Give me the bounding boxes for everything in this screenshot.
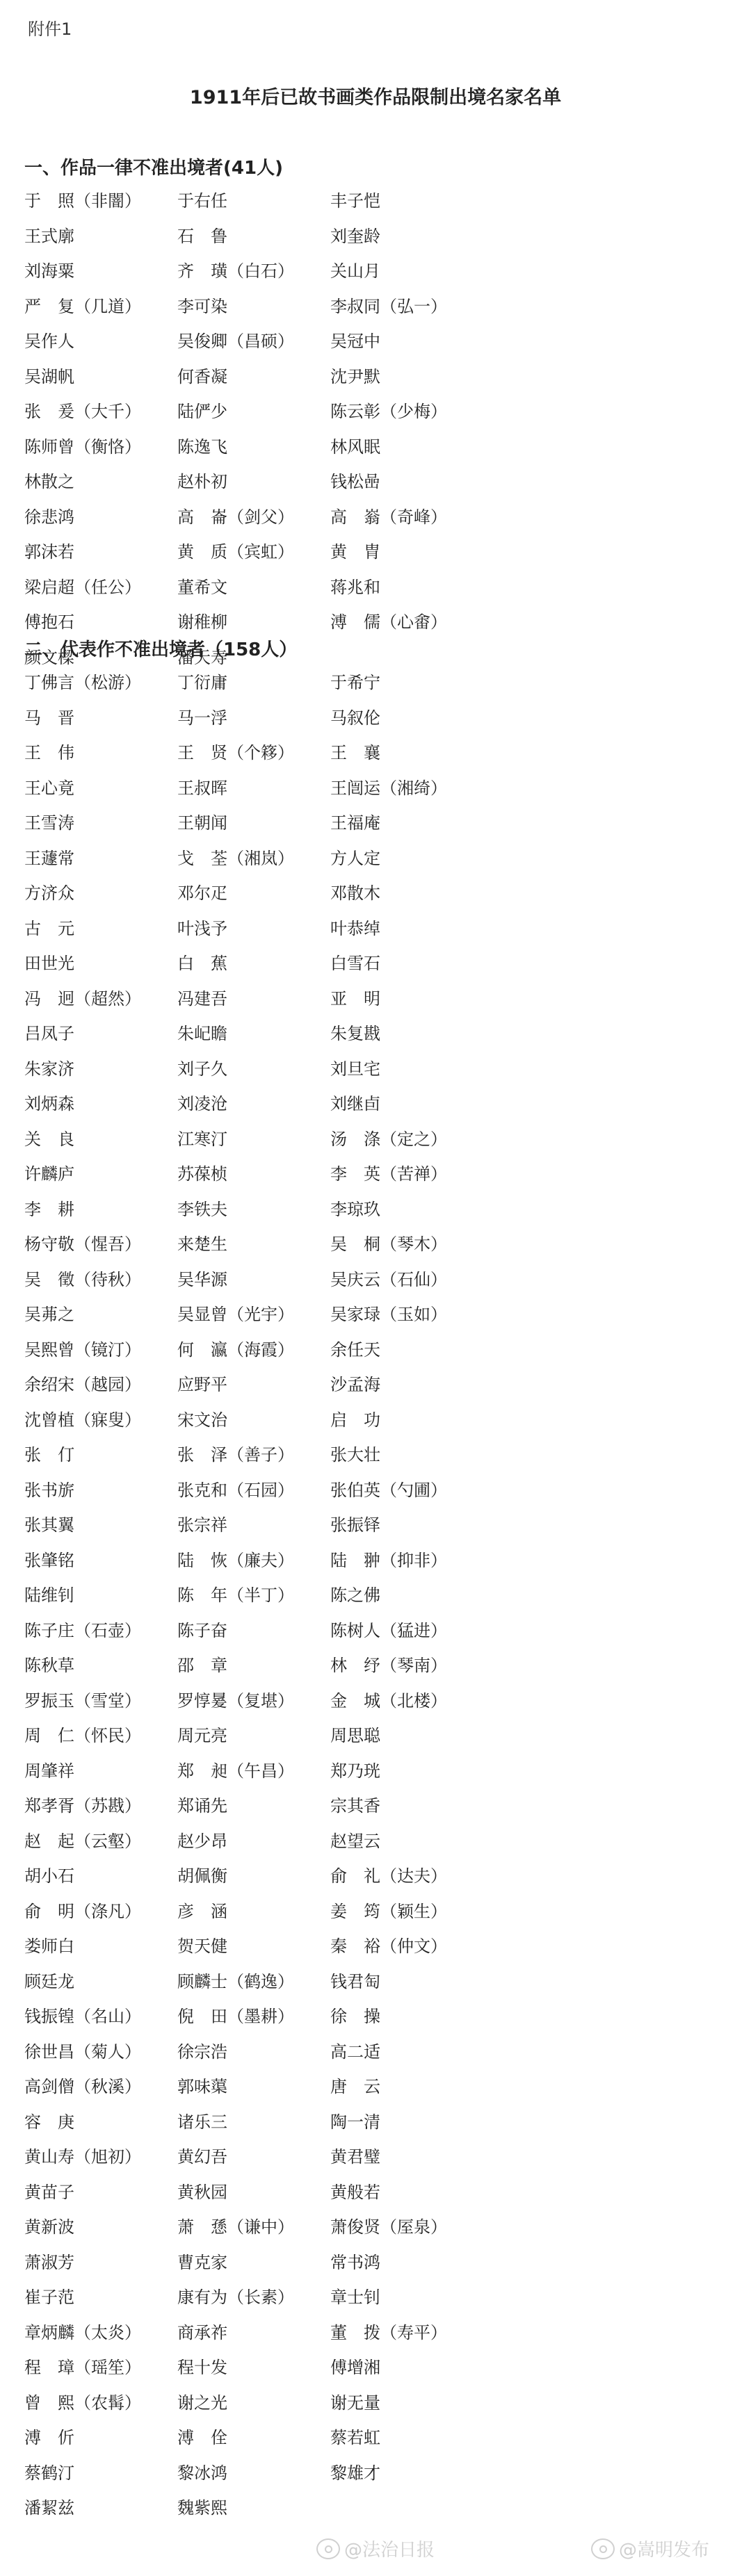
name-entry: 苏葆桢 — [177, 1157, 330, 1192]
name-entry: 马叙伦 — [330, 701, 539, 736]
name-entry: 胡小石 — [24, 1859, 177, 1894]
name-entry: 顾麟士（鹤逸） — [177, 1964, 330, 2000]
name-entry: 黄新波 — [24, 2210, 177, 2245]
name-entry: 娄师白 — [24, 1929, 177, 1964]
name-entry: 陆 翀（抑非） — [330, 1543, 539, 1579]
name-entry: 章炳麟（太炎） — [24, 2315, 177, 2351]
name-entry: 赵望云 — [330, 1824, 539, 1859]
name-entry: 关 良 — [24, 1122, 177, 1157]
name-entry: 王蘧常 — [24, 841, 177, 877]
name-entry: 常书鸿 — [330, 2245, 539, 2281]
name-entry: 吴冠中 — [330, 324, 539, 359]
name-entry: 秦 裕（仲文） — [330, 1929, 539, 1964]
watermark-fazhi: @法治日报 — [316, 2536, 435, 2561]
name-entry: 周肇祥 — [24, 1754, 177, 1789]
name-entry: 张宗祥 — [177, 1508, 330, 1543]
name-entry: 赵朴初 — [177, 464, 330, 500]
name-entry: 萧俊贤（厔泉） — [330, 2210, 539, 2245]
name-entry: 杨守敬（惺吾） — [24, 1227, 177, 1262]
weibo-icon — [316, 2538, 340, 2559]
name-entry: 李 耕 — [24, 1192, 177, 1228]
name-entry: 萧淑芳 — [24, 2245, 177, 2281]
weibo-icon — [591, 2538, 615, 2559]
name-entry: 彦 涵 — [177, 1894, 330, 1930]
name-entry: 启 功 — [330, 1403, 539, 1438]
name-entry: 黄幻吾 — [177, 2139, 330, 2175]
name-entry: 张 仃 — [24, 1437, 177, 1473]
name-entry: 郑孝胥（苏戡） — [24, 1788, 177, 1824]
name-entry: 于希宁 — [330, 665, 539, 701]
name-entry: 吴显曾（光宇） — [177, 1297, 330, 1332]
section-heading: 一、作品一律不准出境者(41人) — [24, 153, 720, 184]
name-entry: 溥 佺 — [177, 2420, 330, 2456]
name-entry: 郑乃珖 — [330, 1754, 539, 1789]
name-entry: 王心竟 — [24, 771, 177, 806]
name-entry: 戈 荃（湘岚） — [177, 841, 330, 877]
name-entry: 吴 桐（琴木） — [330, 1227, 539, 1262]
name-entry: 沈尹默 — [330, 359, 539, 395]
name-entry: 亚 明 — [330, 981, 539, 1017]
name-entry: 余绍宋（越园） — [24, 1367, 177, 1403]
name-entry: 溥 伒 — [24, 2420, 177, 2456]
name-entry: 钱君匋 — [330, 1964, 539, 2000]
name-entry: 徐世昌（菊人） — [24, 2035, 177, 2070]
name-entry: 沙孟海 — [330, 1367, 539, 1403]
name-entry: 白雪石 — [330, 946, 539, 981]
name-entry: 李叔同（弘一） — [330, 289, 539, 325]
name-entry: 陈云彰（少梅） — [330, 394, 539, 430]
name-entry: 郭味蕖 — [177, 2069, 330, 2105]
name-entry: 陆维钊 — [24, 1578, 177, 1613]
name-entry: 王朝闻 — [177, 806, 330, 841]
name-entry: 俞 礼（达夫） — [330, 1859, 539, 1894]
name-entry: 张 泽（善子） — [177, 1437, 330, 1473]
name-entry: 倪 田（墨耕） — [177, 1999, 330, 2035]
section-heading: 二、代表作不准出境者（158人） — [24, 635, 720, 665]
name-entry: 罗振玉（雪堂） — [24, 1684, 177, 1719]
name-entry: 田世光 — [24, 946, 177, 981]
name-entry: 商承祚 — [177, 2315, 330, 2351]
name-entry: 黄苗子 — [24, 2175, 177, 2210]
name-entry: 邵 章 — [177, 1648, 330, 1684]
name-entry: 陈 年（半丁） — [177, 1578, 330, 1613]
name-entry: 高 嵡（奇峰） — [330, 500, 539, 535]
name-entry: 石 鲁 — [177, 219, 330, 254]
name-entry: 谢之光 — [177, 2386, 330, 2421]
name-entry: 冯建吾 — [177, 981, 330, 1017]
name-entry: 徐 操 — [330, 1999, 539, 2035]
name-entry: 陶一清 — [330, 2105, 539, 2140]
name-entry: 宋文治 — [177, 1403, 330, 1438]
name-entry: 徐悲鸿 — [24, 500, 177, 535]
name-entry: 方济众 — [24, 876, 177, 911]
name-entry: 钱振锽（名山） — [24, 1999, 177, 2035]
name-entry: 刘继卣 — [330, 1086, 539, 1122]
name-entry: 于 照（非闇） — [24, 184, 177, 219]
name-entry: 李琼玖 — [330, 1192, 539, 1228]
name-entry: 黄君璧 — [330, 2139, 539, 2175]
watermark-text: @嵩明发布 — [619, 2536, 709, 2561]
name-entry: 王 伟 — [24, 735, 177, 771]
section-prohibited-all: 一、作品一律不准出境者(41人) 于 照（非闇）于右任丰子恺王式廓石 鲁刘奎龄刘… — [24, 153, 720, 675]
name-entry: 黄般若 — [330, 2175, 539, 2210]
name-entry: 魏紫熙 — [177, 2491, 330, 2526]
name-entry: 张书旂 — [24, 1473, 177, 1508]
name-entry: 江寒汀 — [177, 1122, 330, 1157]
name-entry: 马一浮 — [177, 701, 330, 736]
name-entry: 郑诵先 — [177, 1788, 330, 1824]
name-entry: 高二适 — [330, 2035, 539, 2070]
document-title: 1911年后已故书画类作品限制出境名家名单 — [0, 82, 751, 109]
name-entry: 王闿运（湘绮） — [330, 771, 539, 806]
name-entry: 吴华源 — [177, 1262, 330, 1298]
name-entry: 陈秋草 — [24, 1648, 177, 1684]
name-entry: 张其翼 — [24, 1508, 177, 1543]
name-entry: 汤 涤（定之） — [330, 1122, 539, 1157]
name-entry: 丁佛言（松游） — [24, 665, 177, 701]
name-entry: 陈子奋 — [177, 1613, 330, 1649]
name-entry: 刘旦宅 — [330, 1052, 539, 1087]
name-entry: 张 爰（大千） — [24, 394, 177, 430]
name-entry: 章士钊 — [330, 2280, 539, 2315]
name-entry: 王式廓 — [24, 219, 177, 254]
name-entry: 周思聪 — [330, 1718, 539, 1754]
name-entry: 金 城（北楼） — [330, 1684, 539, 1719]
name-entry: 何 瀛（海霞） — [177, 1332, 330, 1368]
name-entry: 蔡鹤汀 — [24, 2456, 177, 2491]
name-entry: 黄山寿（旭初） — [24, 2139, 177, 2175]
name-entry: 梁启超（任公） — [24, 570, 177, 605]
name-list: 丁佛言（松游）丁衍庸于希宁马 晋马一浮马叙伦王 伟王 贤（个簃）王 襄王心竟王叔… — [24, 665, 720, 2526]
name-entry: 郑 昶（午昌） — [177, 1754, 330, 1789]
name-entry: 陆 恢（廉夫） — [177, 1543, 330, 1579]
name-entry: 张肇铭 — [24, 1543, 177, 1579]
name-entry: 王叔晖 — [177, 771, 330, 806]
name-entry: 俞 明（涤凡） — [24, 1894, 177, 1930]
name-entry: 黎雄才 — [330, 2456, 539, 2491]
name-entry: 齐 璜（白石） — [177, 254, 330, 289]
name-entry: 丁衍庸 — [177, 665, 330, 701]
name-entry: 陈师曾（衡恪） — [24, 430, 177, 465]
name-entry: 周元亮 — [177, 1718, 330, 1754]
name-entry: 应野平 — [177, 1367, 330, 1403]
name-entry: 白 蕉 — [177, 946, 330, 981]
watermark-text: @法治日报 — [344, 2536, 435, 2561]
name-entry: 黄秋园 — [177, 2175, 330, 2210]
name-entry: 刘子久 — [177, 1052, 330, 1087]
name-entry: 许麟庐 — [24, 1157, 177, 1192]
name-entry: 张大壮 — [330, 1437, 539, 1473]
name-entry: 陈子庄（石壶） — [24, 1613, 177, 1649]
name-entry: 王 贤（个簃） — [177, 735, 330, 771]
name-entry: 周 仁（怀民） — [24, 1718, 177, 1754]
name-entry: 谢无量 — [330, 2386, 539, 2421]
name-entry: 刘凌沧 — [177, 1086, 330, 1122]
name-list: 于 照（非闇）于右任丰子恺王式廓石 鲁刘奎龄刘海粟齐 璜（白石）关山月严 复（几… — [24, 184, 720, 675]
name-entry: 曾 熙（农髯） — [24, 2386, 177, 2421]
name-entry: 刘炳森 — [24, 1086, 177, 1122]
name-entry: 程十发 — [177, 2350, 330, 2386]
name-entry: 刘海粟 — [24, 254, 177, 289]
name-entry: 关山月 — [330, 254, 539, 289]
name-entry: 胡佩衡 — [177, 1859, 330, 1894]
name-entry: 顾廷龙 — [24, 1964, 177, 2000]
name-entry: 来楚生 — [177, 1227, 330, 1262]
name-entry: 林散之 — [24, 464, 177, 500]
name-entry: 于右任 — [177, 184, 330, 219]
name-entry: 姜 筠（颖生） — [330, 1894, 539, 1930]
name-entry: 陈逸飞 — [177, 430, 330, 465]
name-entry: 余任天 — [330, 1332, 539, 1368]
name-entry: 蔡若虹 — [330, 2420, 539, 2456]
name-entry: 邓散木 — [330, 876, 539, 911]
name-entry: 傅增湘 — [330, 2350, 539, 2386]
name-entry: 陆俨少 — [177, 394, 330, 430]
name-entry: 李 英（苦禅） — [330, 1157, 539, 1192]
name-entry: 林风眠 — [330, 430, 539, 465]
name-entry: 张振铎 — [330, 1508, 539, 1543]
name-entry: 方人定 — [330, 841, 539, 877]
name-entry: 张克和（石园） — [177, 1473, 330, 1508]
name-entry: 蒋兆和 — [330, 570, 539, 605]
name-entry: 王福庵 — [330, 806, 539, 841]
name-entry: 吴俊卿（昌硕） — [177, 324, 330, 359]
name-entry: 王 襄 — [330, 735, 539, 771]
name-entry: 朱屺瞻 — [177, 1016, 330, 1052]
name-entry: 吴家琭（玉如） — [330, 1297, 539, 1332]
name-entry: 朱家济 — [24, 1052, 177, 1087]
name-entry: 康有为（长素） — [177, 2280, 330, 2315]
name-entry: 马 晋 — [24, 701, 177, 736]
name-entry: 宗其香 — [330, 1788, 539, 1824]
watermark-songming: @嵩明发布 — [591, 2536, 709, 2561]
name-entry: 董希文 — [177, 570, 330, 605]
name-entry: 沈曾植（寐叟） — [24, 1403, 177, 1438]
name-entry: 刘奎龄 — [330, 219, 539, 254]
name-entry: 丰子恺 — [330, 184, 539, 219]
name-entry: 叶恭绰 — [330, 911, 539, 947]
name-entry: 张伯英（勺圃） — [330, 1473, 539, 1508]
name-entry: 吴熙曾（镜汀） — [24, 1332, 177, 1368]
name-entry: 曹克家 — [177, 2245, 330, 2281]
name-entry: 吴湖帆 — [24, 359, 177, 395]
name-entry: 吴作人 — [24, 324, 177, 359]
name-entry: 徐宗浩 — [177, 2035, 330, 2070]
name-entry: 罗惇㬊（复堪） — [177, 1684, 330, 1719]
name-entry: 容 庚 — [24, 2105, 177, 2140]
name-entry: 陈之佛 — [330, 1578, 539, 1613]
name-entry: 萧 愻（谦中） — [177, 2210, 330, 2245]
name-entry: 赵 起（云壑） — [24, 1824, 177, 1859]
name-entry: 赵少昂 — [177, 1824, 330, 1859]
name-entry: 唐 云 — [330, 2069, 539, 2105]
name-entry: 吴 徵（待秋） — [24, 1262, 177, 1298]
name-entry: 朱复戡 — [330, 1016, 539, 1052]
name-entry: 邓尔疋 — [177, 876, 330, 911]
section-prohibited-representative: 二、代表作不准出境者（158人） 丁佛言（松游）丁衍庸于希宁马 晋马一浮马叙伦王… — [24, 635, 720, 2526]
name-entry: 王雪涛 — [24, 806, 177, 841]
name-entry: 何香凝 — [177, 359, 330, 395]
name-entry: 董 拨（寿平） — [330, 2315, 539, 2351]
name-entry: 陈树人（猛进） — [330, 1613, 539, 1649]
name-entry: 李可染 — [177, 289, 330, 325]
name-entry: 诸乐三 — [177, 2105, 330, 2140]
name-entry: 钱松喦 — [330, 464, 539, 500]
name-entry: 崔子范 — [24, 2280, 177, 2315]
name-entry: 郭沫若 — [24, 535, 177, 570]
attachment-label: 附件1 — [28, 15, 72, 40]
name-entry: 贺天健 — [177, 1929, 330, 1964]
name-entry: 吴茀之 — [24, 1297, 177, 1332]
name-entry: 严 复（几道） — [24, 289, 177, 325]
name-entry: 高 崙（剑父） — [177, 500, 330, 535]
name-entry: 叶浅予 — [177, 911, 330, 947]
name-entry: 吕凤子 — [24, 1016, 177, 1052]
name-entry: 冯 迥（超然） — [24, 981, 177, 1017]
name-entry: 程 璋（瑶笙） — [24, 2350, 177, 2386]
name-entry: 古 元 — [24, 911, 177, 947]
name-entry: 黎冰鸿 — [177, 2456, 330, 2491]
name-entry: 黄 胄 — [330, 535, 539, 570]
name-entry: 潘絜兹 — [24, 2491, 177, 2526]
name-entry: 李铁夫 — [177, 1192, 330, 1228]
name-entry: 高剑僧（秋溪） — [24, 2069, 177, 2105]
name-entry: 吴庆云（石仙） — [330, 1262, 539, 1298]
name-entry: 林 纾（琴南） — [330, 1648, 539, 1684]
name-entry: 黄 质（宾虹） — [177, 535, 330, 570]
